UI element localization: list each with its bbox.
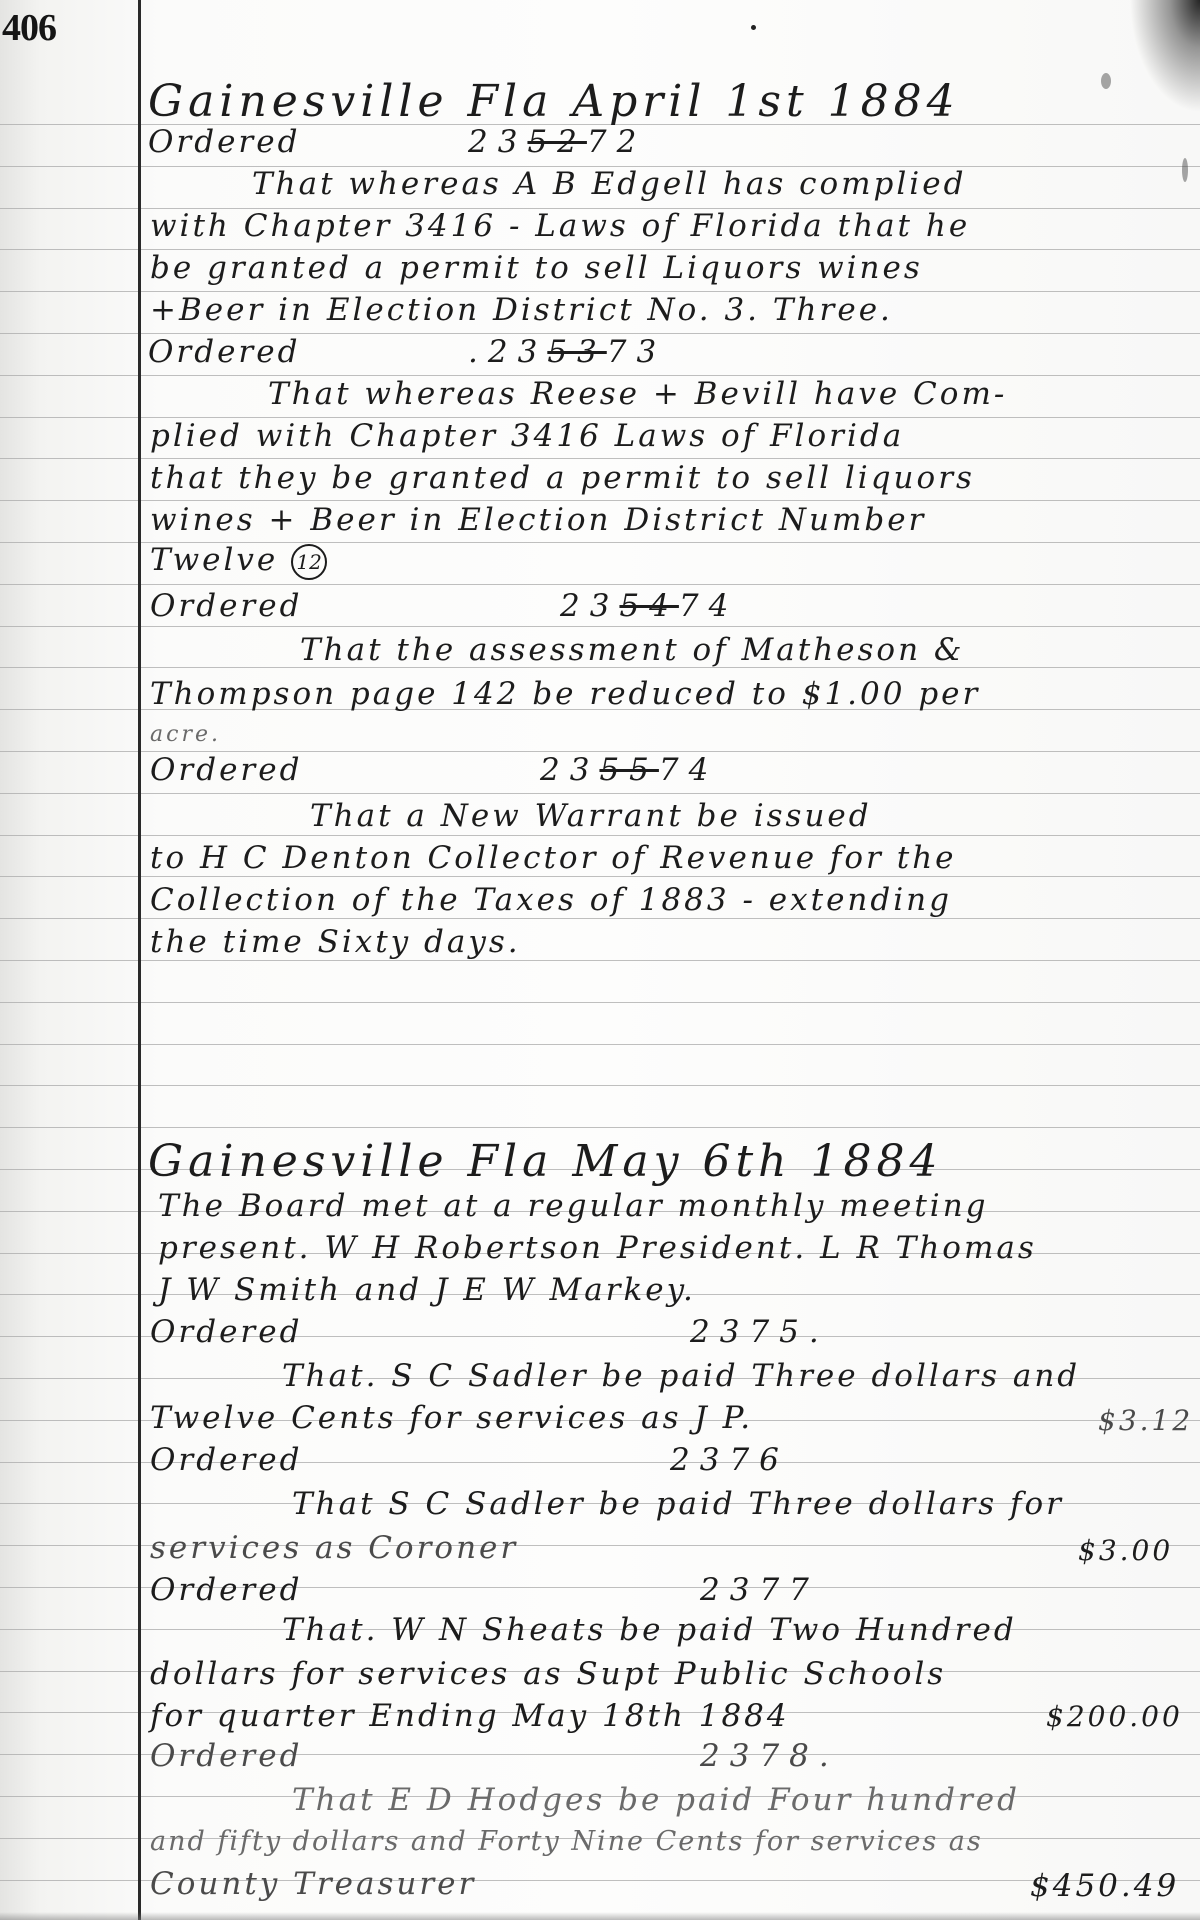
order-number-prefix: 23 [560, 588, 619, 624]
ruled-line [0, 1127, 1200, 1128]
order-text-line: services as Coroner [150, 1530, 518, 1566]
ordered-label: Ordered [150, 1572, 470, 1608]
heading-text: Gainesville Fla April 1st 1884 [148, 76, 960, 127]
order-text-line: Twelve Cents for services as J P. [150, 1400, 753, 1436]
order-number: 2378. [700, 1738, 839, 1774]
order-number: 235272 [468, 124, 646, 160]
order-header: Ordered235474 [150, 588, 738, 624]
order-header: Ordered2376 [150, 1442, 789, 1478]
order-text-line: That the assessment of Matheson & [300, 632, 965, 668]
order-text-line: plied with Chapter 3416 Laws of Florida [150, 418, 904, 454]
order-text-line: That whereas A B Edgell has complied [252, 166, 966, 202]
payment-amount: $3.12 [1098, 1404, 1193, 1437]
order-number: .235373 [468, 334, 666, 370]
order-number: 2376 [670, 1442, 789, 1478]
order-number-prefix: 23 [468, 124, 527, 160]
order-number-suffix: 73 [607, 334, 666, 370]
order-text-line: That S C Sadler be paid Three dollars fo… [292, 1486, 1064, 1522]
twelve-text: Twelve [150, 542, 278, 578]
order-number-suffix: 72 [587, 124, 646, 160]
order-text-line: be granted a permit to sell Liquors wine… [150, 250, 923, 286]
order-number-suffix: 74 [679, 588, 738, 624]
order-number-struck: 54 [619, 588, 678, 624]
circled-number: 12 [291, 544, 327, 580]
ordered-label: Ordered [150, 1738, 470, 1774]
ink-speck [751, 25, 756, 30]
order-number-suffix: 74 [659, 752, 718, 788]
margin-line [138, 0, 141, 1920]
preamble-line: present. W H Robertson President. L R Th… [158, 1230, 1037, 1266]
order-number: 2375. [690, 1314, 829, 1350]
order-text-line: dollars for services as Supt Public Scho… [150, 1656, 946, 1692]
ruled-line [0, 835, 1200, 836]
order-text-line: That whereas Reese + Bevill have Com- [268, 376, 1007, 412]
order-text-line: Twelve 12 [150, 542, 327, 580]
order-text-line: that they be granted a permit to sell li… [150, 460, 975, 496]
ruled-line [0, 1002, 1200, 1003]
entry-heading: Gainesville Fla May 6th 1884 [148, 1136, 942, 1187]
order-number-prefix: 23 [540, 752, 599, 788]
payment-amount: $3.00 [1078, 1534, 1173, 1567]
payment-amount: $450.49 [1030, 1868, 1179, 1904]
entry-heading: Gainesville Fla April 1st 1884 [148, 76, 960, 127]
order-text-line: Collection of the Taxes of 1883 - extend… [150, 882, 952, 918]
order-header: Ordered.235373 [148, 334, 666, 370]
order-text-line: County Treasurer [150, 1866, 476, 1902]
order-header: Ordered2375. [150, 1314, 829, 1350]
ordered-label: Ordered [150, 588, 470, 624]
ruled-line [0, 1044, 1200, 1045]
heading-text: Gainesville Fla May 6th 1884 [148, 1136, 942, 1187]
order-text-line: the time Sixty days. [150, 924, 521, 960]
order-number-struck: 52 [527, 124, 586, 160]
ruled-line [0, 1085, 1200, 1086]
order-text-line: Thompson page 142 be reduced to $1.00 pe… [150, 676, 980, 712]
ruled-line [0, 960, 1200, 961]
order-number-struck: 53 [547, 334, 606, 370]
ordered-label: Ordered [148, 334, 468, 370]
order-text-line: That. W N Sheats be paid Two Hundred [282, 1612, 1017, 1648]
order-text-line: to H C Denton Collector of Revenue for t… [150, 840, 957, 876]
order-text-line: That. S C Sadler be paid Three dollars a… [282, 1358, 1080, 1394]
order-header: Ordered2378. [150, 1738, 839, 1774]
ink-smudge [1182, 158, 1188, 182]
preamble-line: The Board met at a regular monthly meeti… [158, 1188, 989, 1224]
order-text-line: and fifty dollars and Forty Nine Cents f… [150, 1826, 983, 1857]
order-header: Ordered235272 [148, 124, 646, 160]
order-text-line: acre. [150, 722, 221, 747]
ruled-line [0, 918, 1200, 919]
order-text-line: That E D Hodges be paid Four hundred [292, 1782, 1020, 1818]
order-number-prefix: .23 [468, 334, 547, 370]
order-text-line: for quarter Ending May 18th 1884 [150, 1698, 790, 1734]
ledger-page: 406 Gainesville Fla April 1st 1884 Order… [0, 0, 1200, 1920]
order-number-struck: 55 [599, 752, 658, 788]
order-text-line: wines + Beer in Election District Number [150, 502, 926, 538]
ordered-label: Ordered [148, 124, 468, 160]
page-number: 406 [2, 6, 56, 50]
order-number: 235474 [560, 588, 738, 624]
ink-smudge [1101, 73, 1111, 89]
order-text-line: +Beer in Election District No. 3. Three. [150, 292, 893, 328]
ruled-line [0, 876, 1200, 877]
order-number: 235574 [540, 752, 718, 788]
payment-amount: $200.00 [1046, 1700, 1183, 1733]
ruled-line [0, 793, 1200, 794]
order-number: 2377 [700, 1572, 819, 1608]
ruled-line [0, 584, 1200, 585]
preamble-line: J W Smith and J E W Markey. [158, 1272, 696, 1308]
ruled-line [0, 626, 1200, 627]
order-header: Ordered2377 [150, 1572, 819, 1608]
ordered-label: Ordered [150, 752, 470, 788]
order-header: Ordered235574 [150, 752, 718, 788]
ruled-line [0, 500, 1200, 501]
ordered-label: Ordered [150, 1442, 470, 1478]
ruled-line [0, 458, 1200, 459]
order-text-line: with Chapter 3416 - Laws of Florida that… [150, 208, 970, 244]
page-bottom-edge [0, 1912, 1200, 1920]
ordered-label: Ordered [150, 1314, 470, 1350]
order-text-line: That a New Warrant be issued [310, 798, 872, 834]
